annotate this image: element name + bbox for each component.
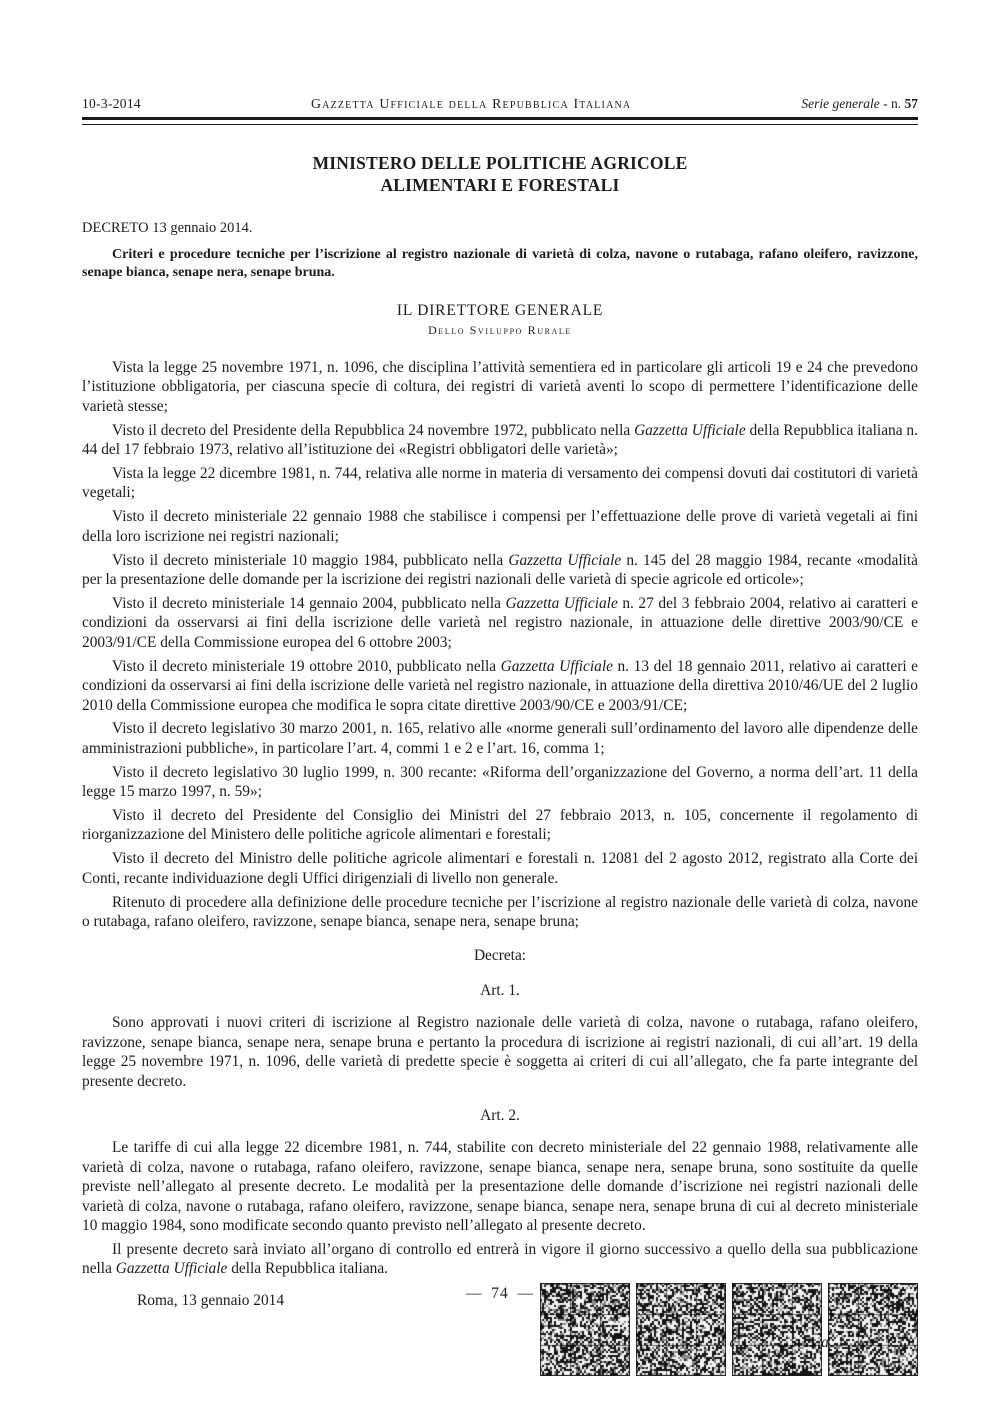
series-number: 57: [904, 96, 918, 111]
paragraph: Visto il decreto del Presidente della Re…: [82, 421, 918, 460]
signature-stamps: [540, 1283, 918, 1376]
paragraph: Vista la legge 22 dicembre 1981, n. 744,…: [82, 464, 918, 503]
decree-body: Vista la legge 25 novembre 1971, n. 1096…: [82, 358, 918, 1310]
paragraph: Visto il decreto del Presidente del Cons…: [82, 806, 918, 845]
paragraph: Visto il decreto ministeriale 14 gennaio…: [82, 594, 918, 652]
gazzetta-page: 10-3-2014 Gazzetta Ufficiale della Repub…: [0, 0, 1000, 1415]
signature-stamp: [732, 1283, 822, 1376]
running-head: 10-3-2014 Gazzetta Ufficiale della Repub…: [82, 0, 918, 112]
paragraph: Visto il decreto ministeriale 10 maggio …: [82, 551, 918, 590]
signature-stamp: [828, 1283, 918, 1376]
series-separator: - n.: [880, 96, 905, 111]
paragraph: Il presente decreto sarà inviato all’org…: [82, 1240, 918, 1279]
header-rule: [82, 117, 918, 125]
paragraph: Decreta:: [82, 946, 918, 965]
paragraph: Visto il decreto del Ministro delle poli…: [82, 849, 918, 888]
series-name: Serie generale: [801, 96, 879, 111]
paragraph: Sono approvati i nuovi criteri di iscriz…: [82, 1013, 918, 1091]
series-info: Serie generale - n. 57: [801, 96, 918, 112]
paragraph: Visto il decreto ministeriale 19 ottobre…: [82, 657, 918, 715]
decree-summary: Criteri e procedure tecniche per l’iscri…: [82, 246, 918, 282]
paragraph: Art. 2.: [82, 1106, 918, 1125]
ministry-title-line2: ALIMENTARI E FORESTALI: [82, 174, 918, 196]
paragraph: Vista la legge 25 novembre 1971, n. 1096…: [82, 358, 918, 416]
journal-title: Gazzetta Ufficiale della Repubblica Ital…: [311, 96, 631, 112]
page-content: 10-3-2014 Gazzetta Ufficiale della Repub…: [82, 0, 918, 1352]
issue-date: 10-3-2014: [82, 96, 141, 112]
issuer-title: IL DIRETTORE GENERALE: [82, 302, 918, 320]
paragraph: Visto il decreto ministeriale 22 gennaio…: [82, 507, 918, 546]
paragraph: Art. 1.: [82, 981, 918, 1000]
ministry-title: MINISTERO DELLE POLITICHE AGRICOLE ALIME…: [82, 152, 918, 196]
decree-date-line: DECRETO 13 gennaio 2014.: [82, 220, 918, 237]
paragraph: Visto il decreto legislativo 30 luglio 1…: [82, 763, 918, 802]
issuer-block: IL DIRETTORE GENERALE Dello Sviluppo Rur…: [82, 302, 918, 338]
paragraph: Ritenuto di procedere alla definizione d…: [82, 893, 918, 932]
paragraph: Le tariffe di cui alla legge 22 dicembre…: [82, 1138, 918, 1235]
paragraph: Visto il decreto legislativo 30 marzo 20…: [82, 719, 918, 758]
signature-stamp: [636, 1283, 726, 1376]
signature-stamp: [540, 1283, 630, 1376]
ministry-title-line1: MINISTERO DELLE POLITICHE AGRICOLE: [82, 152, 918, 174]
page-footer: — 74 —: [0, 1283, 1000, 1378]
issuer-subtitle: Dello Sviluppo Rurale: [82, 323, 918, 338]
